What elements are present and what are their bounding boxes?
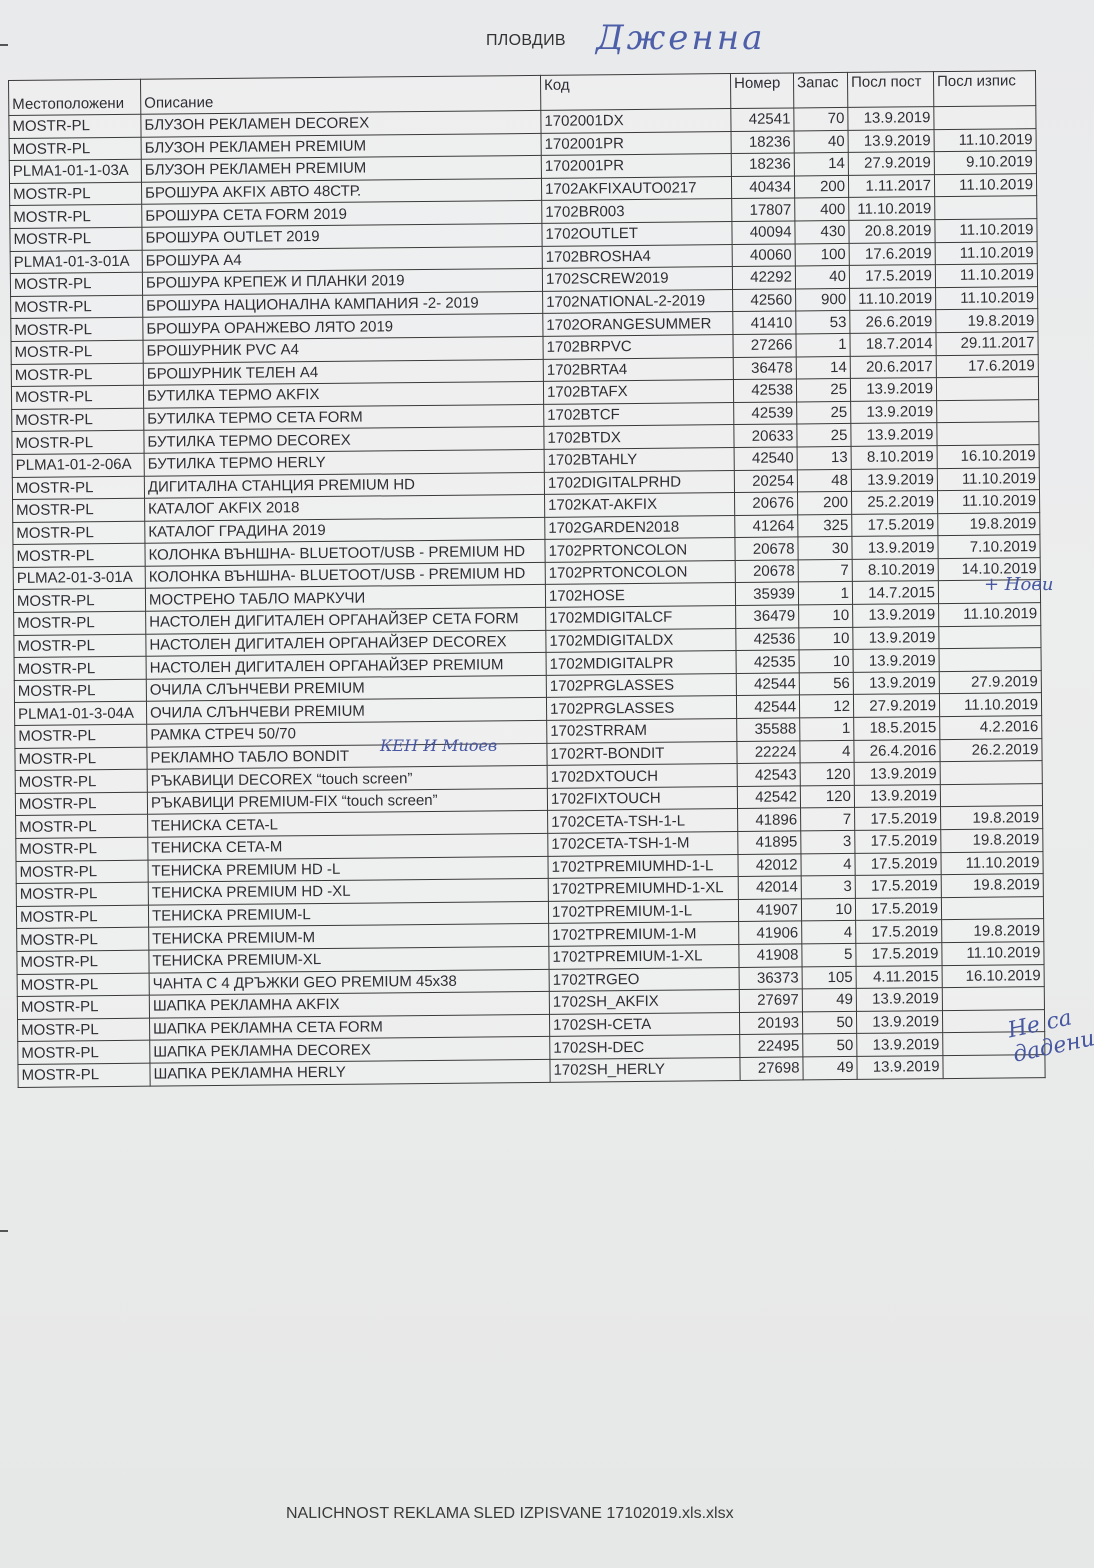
cell-location: MOSTR-PL	[10, 227, 142, 251]
cell-code: 1702AKFIXAUTO0217	[541, 176, 731, 200]
cell-last-issue: 17.6.2019	[936, 354, 1038, 378]
cell-code: 1702BTCF	[544, 402, 734, 426]
cell-code: 1702TPREMIUMHD-1-XL	[548, 877, 738, 901]
cell-location: PLMA1-01-2-06A	[12, 453, 144, 477]
cell-last-receipt: 13.9.2019	[851, 468, 937, 491]
cell-stock: 200	[797, 492, 851, 515]
cell-stock: 14	[794, 153, 848, 176]
cell-number: 41895	[738, 831, 801, 854]
cell-code: 1702BRPVC	[543, 334, 733, 358]
cell-location: MOSTR-PL	[12, 476, 144, 500]
cell-stock: 120	[800, 763, 854, 786]
cell-number: 41906	[739, 921, 802, 944]
cell-code: 1702NATIONAL-2-2019	[543, 289, 733, 313]
cell-stock: 53	[796, 311, 850, 334]
cell-last-issue: 19.8.2019	[941, 806, 1043, 830]
cell-last-receipt: 20.6.2017	[850, 355, 936, 378]
cell-last-issue: 11.10.2019	[942, 942, 1044, 966]
cell-number: 41410	[733, 311, 796, 334]
cell-code: 1702DXTOUCH	[547, 764, 737, 788]
cell-number: 42012	[738, 854, 801, 877]
cell-number: 42536	[736, 628, 799, 651]
cell-number: 41907	[738, 899, 801, 922]
cell-location: MOSTR-PL	[18, 1041, 150, 1065]
cell-location: MOSTR-PL	[16, 815, 148, 839]
cell-location: MOSTR-PL	[18, 1063, 150, 1087]
cell-number: 35939	[735, 582, 798, 605]
margin-mark	[0, 44, 8, 46]
cell-last-issue: 16.10.2019	[937, 445, 1039, 469]
cell-number: 41896	[738, 808, 801, 831]
cell-description: ШАПКА РЕКЛАМНА HERLY	[150, 1059, 550, 1085]
cell-last-receipt: 13.9.2019	[851, 423, 937, 446]
handwritten-note-bondit: КЕН И Миоев	[380, 736, 497, 755]
cell-number: 42542	[737, 786, 800, 809]
cell-last-receipt: 13.9.2019	[854, 784, 940, 807]
cell-location: MOSTR-PL	[14, 611, 146, 635]
cell-location: MOSTR-PL	[9, 182, 141, 206]
cell-stock: 49	[803, 1056, 857, 1079]
cell-last-receipt: 17.5.2019	[855, 852, 941, 875]
cell-number: 40060	[732, 244, 795, 267]
cell-last-receipt: 13.9.2019	[853, 604, 939, 627]
cell-last-receipt: 1.11.2017	[848, 174, 934, 197]
cell-location: MOSTR-PL	[11, 318, 143, 342]
cell-last-issue: 11.10.2019	[935, 241, 1037, 265]
handwritten-note-hose: + Нови	[984, 574, 1053, 595]
cell-location: MOSTR-PL	[13, 521, 145, 545]
cell-last-issue	[939, 625, 1041, 649]
cell-last-issue: 27.9.2019	[939, 670, 1041, 694]
cell-location: MOSTR-PL	[11, 363, 143, 387]
cell-stock: 56	[799, 672, 853, 695]
cell-stock: 400	[795, 198, 849, 221]
cell-code: 1702001DX	[541, 109, 731, 133]
cell-location: MOSTR-PL	[14, 679, 146, 703]
cell-last-receipt: 17.5.2019	[852, 513, 938, 536]
cell-stock: 40	[794, 130, 848, 153]
cell-stock: 3	[801, 876, 855, 899]
cell-last-receipt: 17.5.2019	[855, 897, 941, 920]
cell-last-issue	[937, 399, 1039, 423]
cell-last-receipt: 13.9.2019	[853, 626, 939, 649]
cell-code: 1702SCREW2019	[542, 267, 732, 291]
cell-stock: 100	[795, 243, 849, 266]
cell-last-issue: 19.8.2019	[938, 512, 1040, 536]
cell-last-receipt: 20.8.2019	[849, 220, 935, 243]
cell-number: 42544	[736, 695, 799, 718]
cell-last-issue: 26.2.2019	[940, 738, 1042, 762]
cell-number: 35588	[737, 718, 800, 741]
cell-location: MOSTR-PL	[15, 724, 147, 748]
cell-code: 1702PRTONCOLON	[545, 560, 735, 584]
cell-last-receipt: 25.2.2019	[851, 491, 937, 514]
cell-code: 1702SH_AKFIX	[549, 990, 739, 1014]
cell-stock: 10	[801, 898, 855, 921]
cell-code: 1702KAT-AKFIX	[545, 493, 735, 517]
page-title: ПЛОВДИВ	[486, 32, 566, 50]
column-header-code: Код	[540, 74, 730, 111]
cell-code: 1702SH_HERLY	[550, 1057, 740, 1081]
cell-last-receipt: 27.9.2019	[848, 152, 934, 175]
cell-code: 1702BROSHA4	[542, 244, 732, 268]
cell-code: 1702CETA-TSH-1-L	[548, 809, 738, 833]
cell-stock: 25	[796, 379, 850, 402]
cell-location: MOSTR-PL	[11, 385, 143, 409]
cell-stock: 14	[796, 356, 850, 379]
cell-last-issue	[939, 648, 1041, 672]
cell-number: 36478	[733, 356, 796, 379]
cell-location: MOSTR-PL	[12, 431, 144, 455]
cell-number: 42544	[736, 673, 799, 696]
cell-last-receipt: 13.9.2019	[851, 400, 937, 423]
cell-number: 18236	[731, 131, 794, 154]
cell-number: 42014	[738, 876, 801, 899]
cell-last-issue: 11.10.2019	[934, 128, 1036, 152]
cell-code: 1702001PR	[541, 131, 731, 155]
cell-number: 17807	[732, 198, 795, 221]
cell-number: 20193	[739, 1012, 802, 1035]
cell-number: 36373	[739, 966, 802, 989]
cell-last-receipt: 11.10.2019	[850, 287, 936, 310]
cell-stock: 4	[800, 740, 854, 763]
cell-location: MOSTR-PL	[11, 340, 143, 364]
cell-code: 1702SH-DEC	[550, 1035, 740, 1059]
cell-last-receipt: 27.9.2019	[853, 694, 939, 717]
cell-last-receipt: 17.5.2019	[855, 830, 941, 853]
cell-stock: 25	[797, 401, 851, 424]
cell-last-issue	[937, 422, 1039, 446]
cell-code: 1702MDIGITALCF	[546, 606, 736, 630]
inventory-sheet: Местоположени Описание Код Номер Запас П…	[8, 70, 1046, 1087]
cell-number: 20678	[735, 537, 798, 560]
column-header-stock: Запас	[793, 72, 847, 108]
cell-location: MOSTR-PL	[11, 295, 143, 319]
cell-last-receipt: 26.4.2016	[854, 739, 940, 762]
cell-last-receipt: 17.5.2019	[856, 920, 942, 943]
cell-code: 1702SH-CETA	[549, 1012, 739, 1036]
cell-number: 42539	[734, 402, 797, 425]
cell-number: 42543	[737, 763, 800, 786]
footer-filename: NALICHNOST REKLAMA SLED IZPISVANE 171020…	[286, 1505, 734, 1523]
cell-location: MOSTR-PL	[10, 205, 142, 229]
cell-last-issue: 19.8.2019	[941, 829, 1043, 853]
cell-location: MOSTR-PL	[13, 498, 145, 522]
cell-location: MOSTR-PL	[12, 408, 144, 432]
cell-code: 1702BTDX	[544, 425, 734, 449]
cell-last-receipt: 17.5.2019	[856, 943, 942, 966]
column-header-number: Номер	[730, 73, 793, 109]
cell-code: 1702PRGLASSES	[546, 673, 736, 697]
cell-last-issue: 11.10.2019	[935, 219, 1037, 243]
cell-last-receipt: 17.6.2019	[849, 242, 935, 265]
cell-stock: 1	[800, 717, 854, 740]
cell-stock: 430	[795, 220, 849, 243]
cell-last-receipt: 17.5.2019	[855, 875, 941, 898]
cell-location: PLMA2-01-3-01A	[13, 566, 145, 590]
cell-number: 42541	[731, 108, 794, 131]
cell-number: 41264	[735, 515, 798, 538]
cell-code: 1702BR003	[542, 199, 732, 223]
cell-code: 1702PRTONCOLON	[545, 538, 735, 562]
cell-code: 1702ORANGESUMMER	[543, 312, 733, 336]
cell-stock: 10	[799, 604, 853, 627]
cell-stock: 49	[802, 989, 856, 1012]
cell-number: 22224	[737, 741, 800, 764]
cell-stock: 5	[802, 943, 856, 966]
cell-location: PLMA1-01-1-03A	[9, 159, 141, 183]
cell-stock: 40	[795, 266, 849, 289]
cell-stock: 325	[798, 514, 852, 537]
cell-stock: 10	[799, 650, 853, 673]
column-header-last-issue: Посл изпис	[933, 71, 1035, 107]
cell-last-issue: 19.8.2019	[941, 874, 1043, 898]
cell-last-receipt: 13.9.2019	[853, 649, 939, 672]
cell-number: 27266	[733, 334, 796, 357]
cell-location: MOSTR-PL	[9, 114, 141, 138]
cell-number: 20678	[735, 560, 798, 583]
cell-location: PLMA1-01-3-01A	[10, 250, 142, 274]
margin-mark	[0, 1230, 8, 1232]
cell-last-issue: 16.10.2019	[942, 964, 1044, 988]
cell-stock: 25	[797, 424, 851, 447]
cell-last-receipt: 13.9.2019	[856, 988, 942, 1011]
cell-last-receipt: 18.7.2014	[850, 333, 936, 356]
cell-code: 1702STRRAM	[547, 719, 737, 743]
cell-location: MOSTR-PL	[15, 792, 147, 816]
cell-number: 27697	[739, 989, 802, 1012]
cell-last-receipt: 8.10.2019	[852, 558, 938, 581]
cell-code: 1702RT-BONDIT	[547, 741, 737, 765]
cell-location: MOSTR-PL	[16, 837, 148, 861]
cell-last-issue: 11.10.2019	[936, 286, 1038, 310]
cell-number: 27698	[740, 1057, 803, 1080]
cell-code: 1702FIXTOUCH	[547, 786, 737, 810]
cell-last-receipt: 18.5.2015	[854, 717, 940, 740]
cell-number: 42535	[736, 650, 799, 673]
cell-location: MOSTR-PL	[10, 272, 142, 296]
cell-location: MOSTR-PL	[15, 769, 147, 793]
cell-last-receipt: 13.9.2019	[853, 671, 939, 694]
cell-last-issue	[936, 377, 1038, 401]
cell-last-issue: 7.10.2019	[938, 535, 1040, 559]
cell-last-receipt: 13.9.2019	[852, 536, 938, 559]
cell-stock: 900	[796, 288, 850, 311]
cell-last-receipt: 14.7.2015	[852, 581, 938, 604]
cell-last-issue: 11.10.2019	[939, 693, 1041, 717]
cell-stock: 200	[794, 175, 848, 198]
cell-stock: 1	[796, 333, 850, 356]
cell-code: 1702MDIGITALDX	[546, 628, 736, 652]
cell-last-issue: 11.10.2019	[937, 467, 1039, 491]
cell-last-issue: 11.10.2019	[939, 603, 1041, 627]
cell-number: 42540	[734, 447, 797, 470]
cell-last-receipt: 17.5.2019	[849, 265, 935, 288]
cell-last-issue: 19.8.2019	[936, 309, 1038, 333]
cell-location: MOSTR-PL	[9, 137, 141, 161]
table-body: MOSTR-PLБЛУЗОН РЕКЛАМЕН DECOREX1702001DX…	[9, 106, 1045, 1087]
cell-last-receipt: 13.9.2019	[848, 129, 934, 152]
cell-code: 1702BTAHLY	[544, 447, 734, 471]
cell-code: 1702TPREMIUM-1-L	[548, 899, 738, 923]
cell-number: 18236	[731, 153, 794, 176]
cell-stock: 120	[800, 785, 854, 808]
cell-code: 1702PRGLASSES	[546, 696, 736, 720]
cell-last-receipt: 13.9.2019	[850, 378, 936, 401]
cell-last-receipt: 13.9.2019	[857, 1056, 943, 1079]
cell-location: MOSTR-PL	[16, 860, 148, 884]
cell-location: MOSTR-PL	[17, 995, 149, 1019]
cell-last-receipt: 13.9.2019	[856, 1010, 942, 1033]
cell-code: 1702BRTA4	[543, 357, 733, 381]
cell-location: MOSTR-PL	[17, 973, 149, 997]
cell-stock: 50	[803, 1034, 857, 1057]
cell-last-receipt: 4.11.2015	[856, 965, 942, 988]
cell-stock: 7	[801, 808, 855, 831]
cell-last-issue	[940, 783, 1042, 807]
cell-location: MOSTR-PL	[17, 950, 149, 974]
cell-last-receipt: 11.10.2019	[849, 197, 935, 220]
cell-last-receipt: 13.9.2019	[854, 762, 940, 785]
column-header-last-receipt: Посл пост	[847, 72, 933, 108]
cell-last-issue	[940, 761, 1042, 785]
cell-code: 1702GARDEN2018	[545, 515, 735, 539]
cell-code: 1702TPREMIUM-1-M	[549, 922, 739, 946]
inventory-table: Местоположени Описание Код Номер Запас П…	[8, 70, 1046, 1087]
cell-code: 1702TPREMIUM-1-XL	[549, 944, 739, 968]
cell-location: MOSTR-PL	[16, 882, 148, 906]
cell-code: 1702HOSE	[545, 583, 735, 607]
cell-last-receipt: 13.9.2019	[857, 1033, 943, 1056]
cell-stock: 50	[802, 1011, 856, 1034]
cell-stock: 12	[799, 695, 853, 718]
cell-code: 1702OUTLET	[542, 222, 732, 246]
cell-number: 20254	[734, 469, 797, 492]
cell-location: MOSTR-PL	[14, 634, 146, 658]
cell-location: MOSTR-PL	[14, 656, 146, 680]
cell-last-receipt: 13.9.2019	[848, 107, 934, 130]
cell-code: 1702CETA-TSH-1-M	[548, 832, 738, 856]
cell-stock: 30	[798, 537, 852, 560]
cell-last-issue	[935, 196, 1037, 220]
cell-last-issue: 29.11.2017	[936, 332, 1038, 356]
cell-location: MOSTR-PL	[18, 1018, 150, 1042]
cell-last-receipt: 17.5.2019	[855, 807, 941, 830]
cell-number: 40434	[731, 176, 794, 199]
cell-stock: 48	[797, 469, 851, 492]
cell-last-issue: 11.10.2019	[937, 490, 1039, 514]
cell-location: PLMA1-01-3-04A	[14, 702, 146, 726]
cell-number: 42292	[732, 266, 795, 289]
cell-stock: 10	[799, 627, 853, 650]
cell-number: 42560	[733, 289, 796, 312]
cell-last-receipt: 8.10.2019	[851, 446, 937, 469]
cell-number: 40094	[732, 221, 795, 244]
cell-last-issue: 11.10.2019	[935, 264, 1037, 288]
cell-last-issue	[942, 987, 1044, 1011]
cell-number: 20633	[734, 424, 797, 447]
cell-number: 41908	[739, 944, 802, 967]
cell-last-issue	[941, 896, 1043, 920]
cell-stock: 4	[802, 921, 856, 944]
cell-last-issue: 9.10.2019	[934, 151, 1036, 175]
cell-stock: 70	[794, 107, 848, 130]
cell-last-issue: 4.2.2016	[940, 716, 1042, 740]
cell-last-issue	[934, 106, 1036, 130]
cell-number: 20676	[734, 492, 797, 515]
cell-code: 1702TPREMIUMHD-1-L	[548, 854, 738, 878]
cell-location: MOSTR-PL	[17, 928, 149, 952]
cell-code: 1702001PR	[541, 154, 731, 178]
cell-code: 1702TRGEO	[549, 967, 739, 991]
cell-last-issue: 11.10.2019	[941, 851, 1043, 875]
column-header-description: Описание	[140, 75, 540, 114]
cell-code: 1702BTAFX	[543, 380, 733, 404]
cell-stock: 105	[802, 966, 856, 989]
cell-location: MOSTR-PL	[15, 747, 147, 771]
cell-last-issue: 19.8.2019	[942, 919, 1044, 943]
cell-last-receipt: 26.6.2019	[850, 310, 936, 333]
cell-stock: 13	[797, 446, 851, 469]
cell-location: MOSTR-PL	[13, 589, 145, 613]
cell-last-issue: 11.10.2019	[934, 173, 1036, 197]
cell-number: 36479	[736, 605, 799, 628]
cell-number: 22495	[740, 1034, 803, 1057]
cell-stock: 3	[801, 830, 855, 853]
cell-code: 1702MDIGITALPR	[546, 651, 736, 675]
cell-stock: 1	[798, 582, 852, 605]
cell-stock: 4	[801, 853, 855, 876]
cell-code: 1702DIGITALPRHD	[544, 470, 734, 494]
column-header-location: Местоположени	[9, 79, 141, 115]
cell-number: 42538	[733, 379, 796, 402]
cell-location: MOSTR-PL	[16, 905, 148, 929]
cell-location: MOSTR-PL	[13, 543, 145, 567]
handwritten-title: Дженна	[596, 18, 765, 58]
cell-stock: 7	[798, 559, 852, 582]
